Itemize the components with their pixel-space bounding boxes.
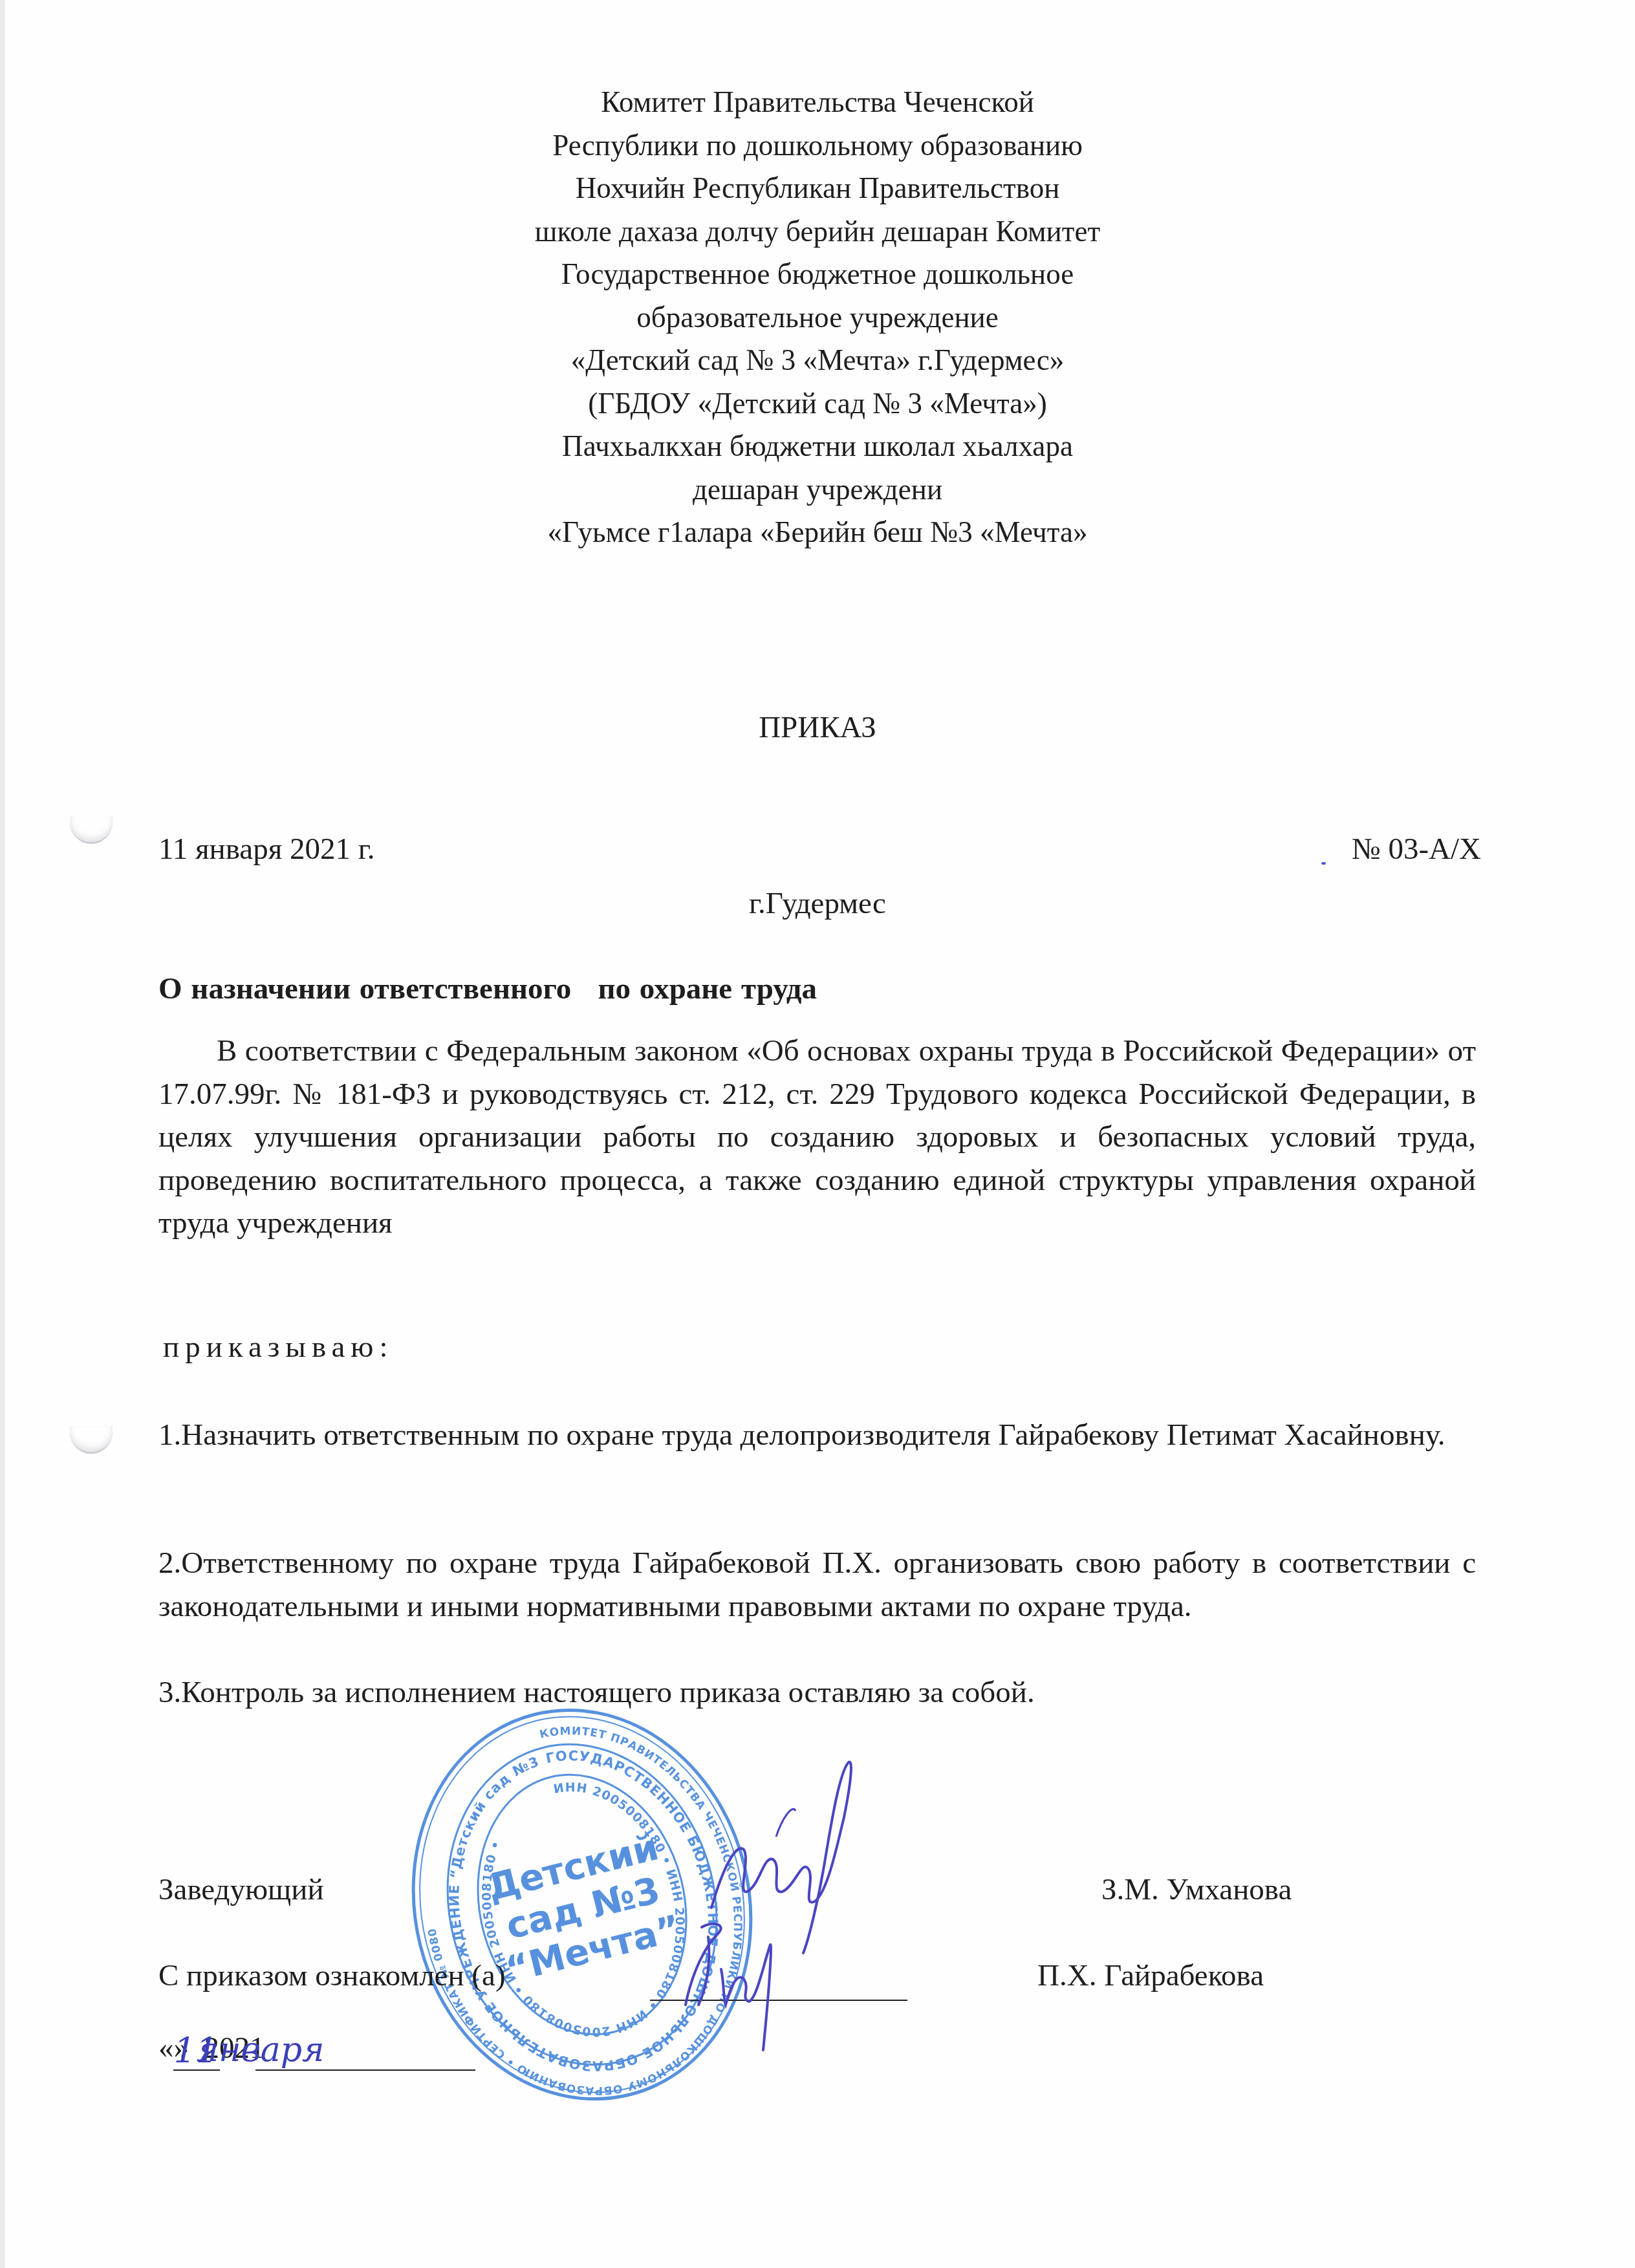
document-type-title: ПРИКАЗ [0, 710, 1635, 745]
order-date: 11 января 2021 г. [158, 832, 375, 867]
head-name: З.М. Умханова [1101, 1872, 1292, 1907]
punch-hole-mark [70, 1426, 113, 1454]
order-subject: О назначении ответственного по охране тр… [158, 971, 817, 1006]
letterhead-line: Республики по дошкольному образованию [33, 124, 1603, 167]
letterhead: Комитет Правительства Чеченской Республи… [33, 81, 1603, 554]
document-page: Комитет Правительства Чеченской Республи… [0, 0, 1635, 2268]
letterhead-line: Пачхьалкхан бюджетни школал хьалхара [33, 425, 1603, 468]
intro-paragraph: В соответствии с Федеральным законом «Об… [158, 1030, 1476, 1245]
letterhead-line: «Детский сад № 3 «Мечта» г.Гудермес» [33, 339, 1603, 382]
letterhead-line: школе дахаза долчу берийн дешаран Комите… [33, 210, 1603, 254]
acknowledged-signature [673, 1908, 802, 2057]
letterhead-line: образовательное учреждение [33, 296, 1603, 340]
order-item-2: 2.Ответственному по охране труда Гайрабе… [158, 1542, 1476, 1628]
letterhead-line: Нохчийн Республикан Правительствон [33, 167, 1603, 210]
date-quote-open: « [158, 2031, 174, 2065]
letterhead-line: Государственное бюджетное дошкольное [33, 253, 1603, 296]
head-position-label: Заведующий [158, 1872, 324, 1907]
acknowledged-label: С приказом ознакомлен (а) [158, 1958, 506, 1993]
punch-hole-mark [70, 816, 113, 844]
acknowledged-date: «11» января 2021 [158, 2031, 265, 2066]
handwritten-month: января [197, 2031, 410, 2069]
letterhead-line: (ГБДОУ «Детский сад № 3 «Мечта») [33, 382, 1603, 426]
order-item-1: 1.Назначить ответственным по охране труд… [158, 1414, 1476, 1457]
day-underline [173, 2069, 220, 2071]
letterhead-line: «Гуьмсе г1алара «Берийн беш №3 «Мечта» [33, 511, 1603, 554]
scan-edge [0, 0, 5, 2268]
acknowledged-name: П.Х. Гайрабекова [1037, 1958, 1264, 1993]
order-city: г.Гудермес [0, 886, 1635, 921]
letterhead-line: Комитет Правительства Чеченской [33, 81, 1603, 124]
month-underline [255, 2069, 475, 2071]
letterhead-line: дешаран учреждени [33, 468, 1603, 512]
order-word: приказываю: [163, 1326, 1480, 1369]
ink-speck [1321, 862, 1326, 865]
order-item-3: 3.Контроль за исполнением настоящего при… [158, 1671, 1476, 1714]
order-number: № 03-А/Х [1352, 832, 1481, 867]
